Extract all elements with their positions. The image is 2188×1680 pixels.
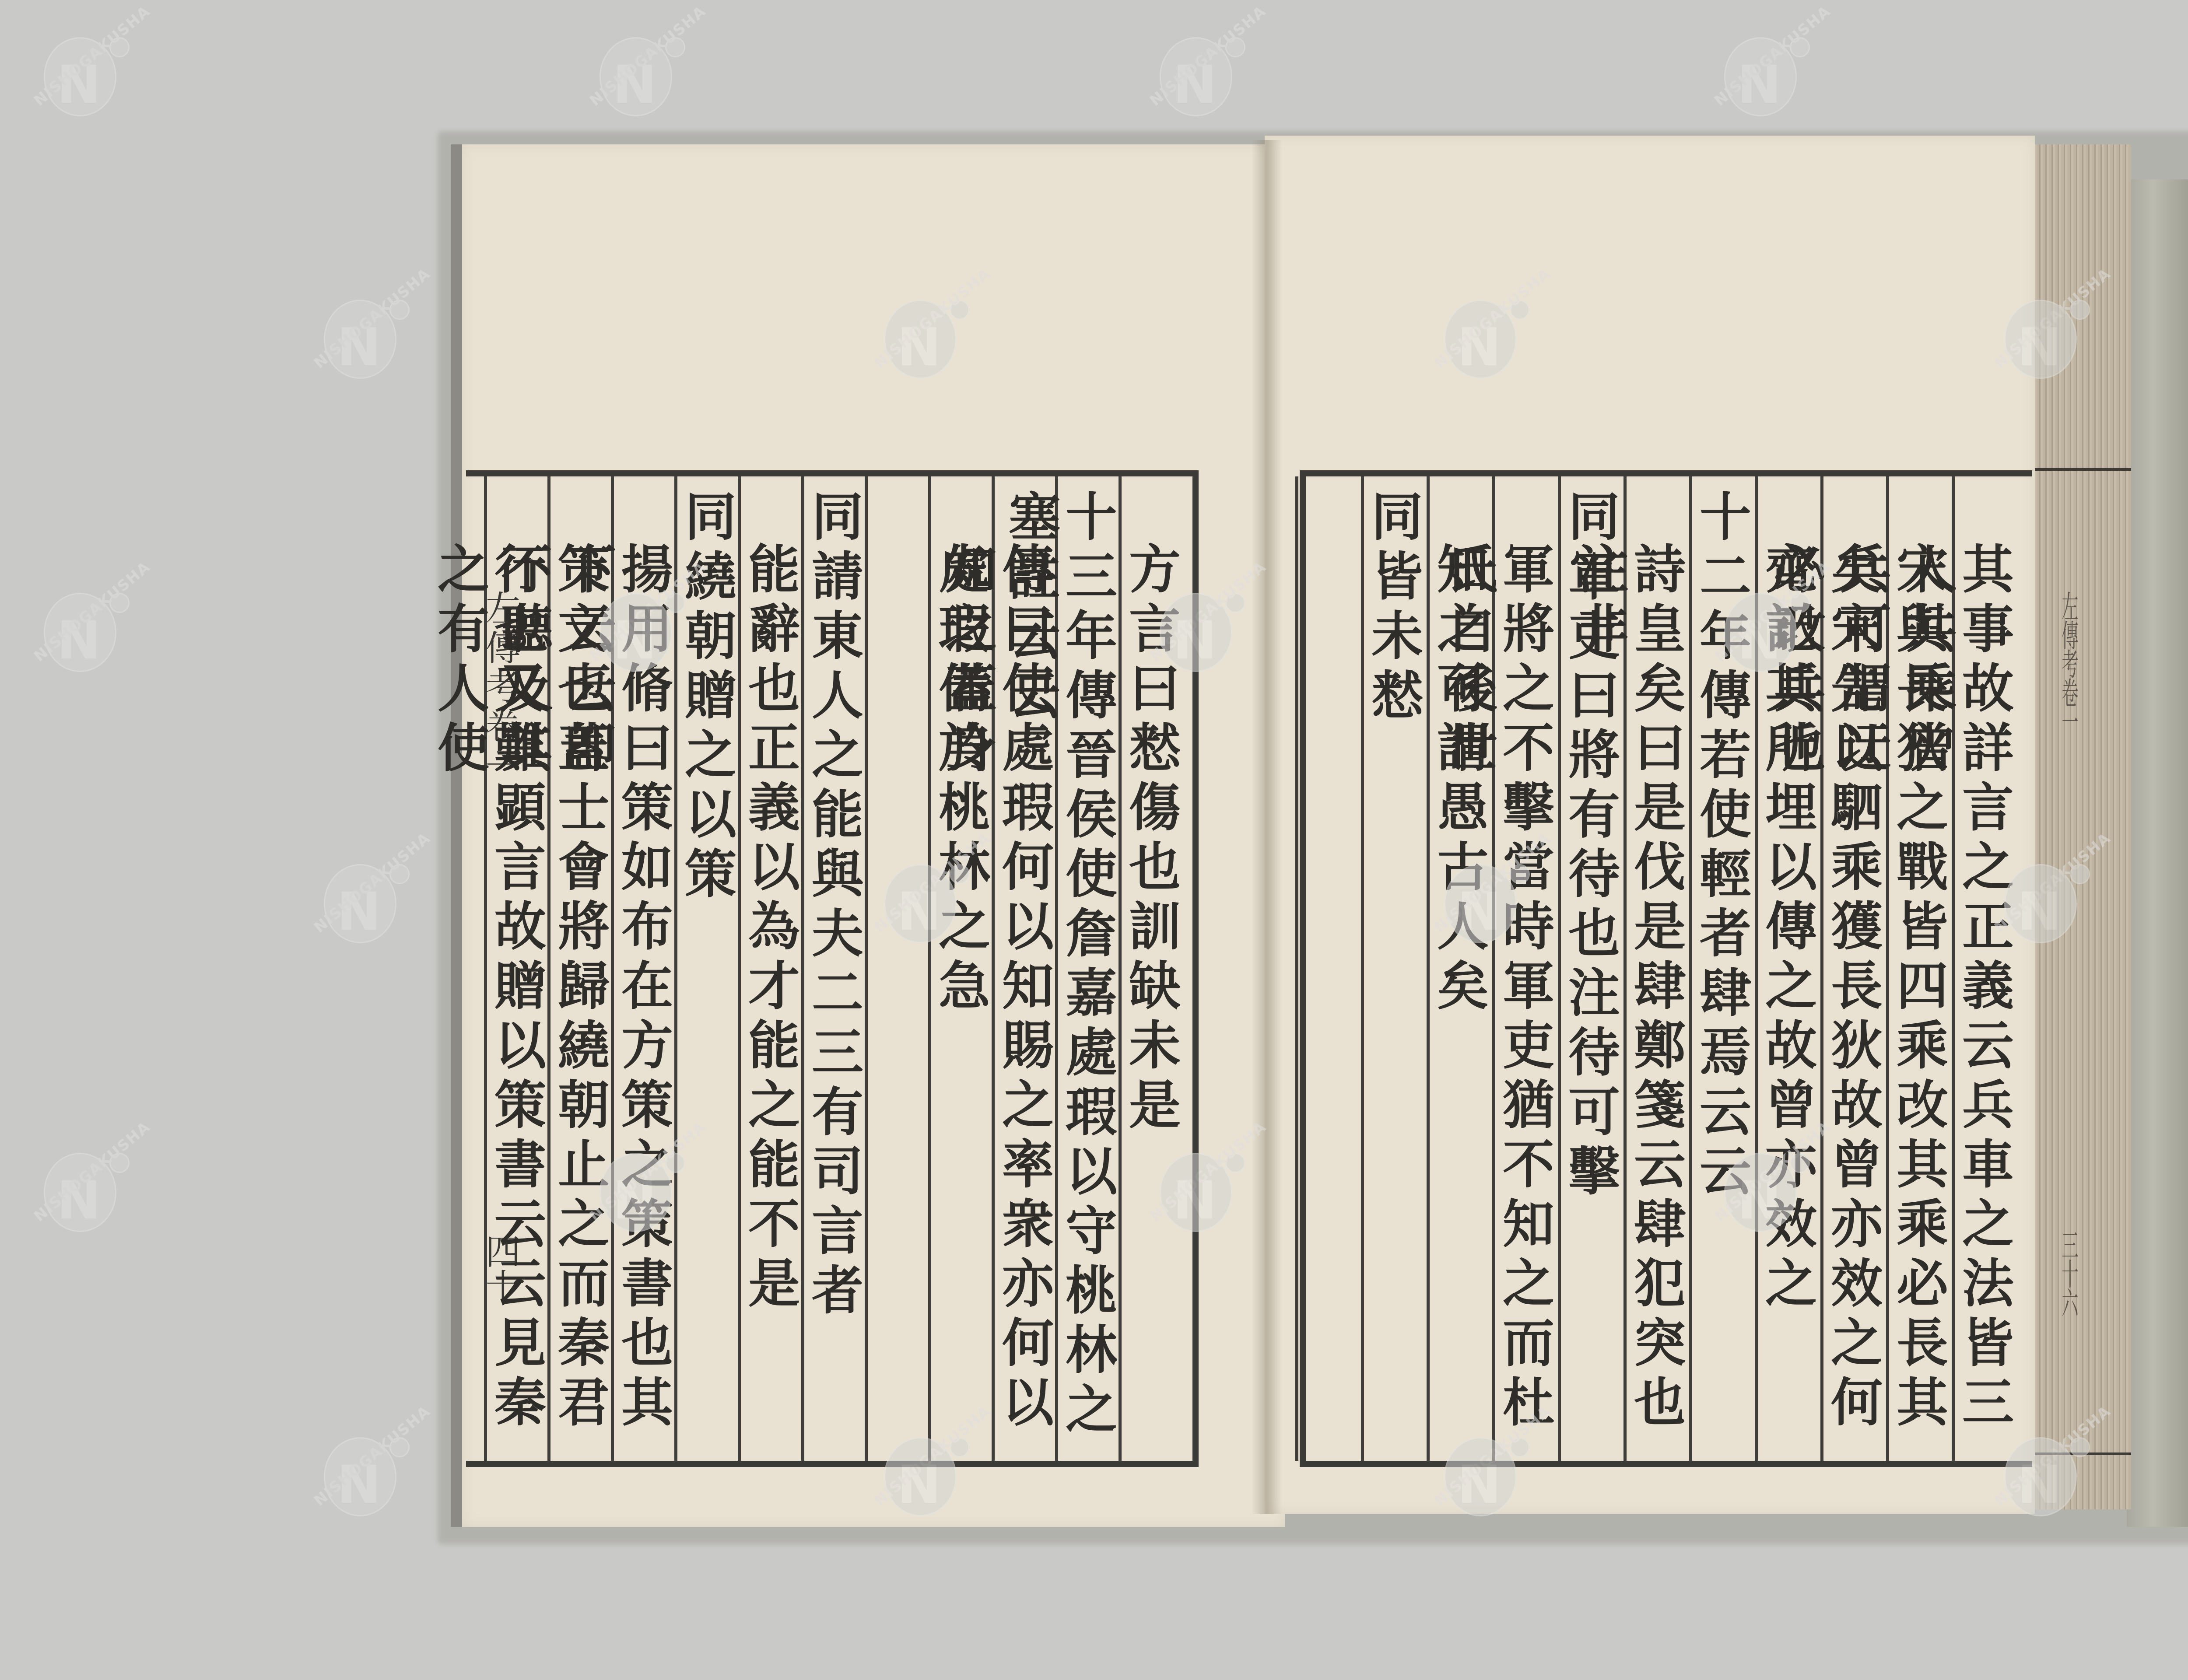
watermark-logo-icon: NNISHOGAKUSHA — [26, 569, 136, 678]
text-column: 軍將之不擊當時軍吏猶不知之而杜氏自後世 — [1496, 542, 1553, 1461]
watermark-logo-icon: NNISHOGAKUSHA — [1427, 1413, 1536, 1522]
watermark-logo-icon: NNISHOGAKUSHA — [306, 840, 416, 949]
watermark-logo-icon: NNISHOGAKUSHA — [1987, 840, 2096, 949]
watermark-logo-icon: NNISHOGAKUSHA — [1987, 1413, 2096, 1522]
stack-bleed-title: 左傳考卷一 — [2057, 591, 2081, 735]
watermark-logo-icon: NNISHOGAKUSHA — [26, 1129, 136, 1238]
watermark-logo-icon: NNISHOGAKUSHA — [582, 1129, 691, 1238]
text-column: 揚用脩曰策如布在方策之策書也其下云云卽 — [614, 542, 671, 1461]
left-text-frame: 左傳考卷一 四十 方言曰慭傷也訓缺未是十三年傳晉侯使詹嘉處瑕以守桃林之塞註云云傳… — [466, 470, 1199, 1467]
watermark-logo-icon: NNISHOGAKUSHA — [26, 13, 136, 122]
watermark-logo-icon: NNISHOGAKUSHA — [1142, 13, 1252, 122]
stack-ruling-top — [2030, 468, 2131, 471]
watermark-logo-icon: NNISHOGAKUSHA — [582, 13, 691, 122]
watermark-logo-icon: NNISHOGAKUSHA — [306, 1413, 416, 1522]
watermark-logo-icon: NNISHOGAKUSHA — [866, 276, 976, 385]
watermark-logo-icon: NNISHOGAKUSHA — [1707, 1129, 1816, 1238]
text-column: 同軍吏曰將有待也注待可擊 — [1561, 490, 1618, 1204]
watermark-logo-icon: NNISHOGAKUSHA — [866, 1413, 976, 1522]
watermark-logo-icon: NNISHOGAKUSHA — [1987, 276, 2096, 385]
watermark-logo-icon: NNISHOGAKUSHA — [866, 840, 976, 949]
text-column: 傳曰使處瑕何以知賜之率衆亦何以知之蓋身 — [995, 542, 1052, 1461]
text-column: 宋與長狄之戰皆四乘改其乘必長其兵可謂迂 — [1890, 542, 1946, 1461]
watermark-logo-icon: NNISHOGAKUSHA — [1707, 13, 1816, 122]
text-column: 同皆未慭 — [1364, 490, 1421, 728]
text-column: 詩皇矣曰是伐是肆鄭箋云肆犯突也注非 — [1627, 542, 1684, 1461]
column-rule — [865, 476, 868, 1461]
text-column: 能辭也正義以為才能之能不是 — [741, 542, 798, 1316]
column-rule — [1295, 476, 1298, 1461]
text-column: 行也又難顕言故贈以策書云云見秦之有人使 — [487, 542, 544, 1461]
watermark-logo-icon: NNISHOGAKUSHA — [306, 276, 416, 385]
watermark-logo-icon: NNISHOGAKUSHA — [1427, 840, 1536, 949]
back-cover — [2127, 179, 2188, 1527]
text-column: 其事故詳言之正義云兵車之法皆三人共乘曾 — [1955, 542, 2012, 1461]
stack-bleed-number: 三十六 — [2057, 1229, 2081, 1316]
text-column: 策文也蓋士會將歸繞朝止之而秦君不聽及其 — [551, 542, 608, 1461]
text-column: 同請東人之能與夫二三有司言者 — [805, 490, 862, 1323]
watermark-logo-icon: NNISHOGAKUSHA — [1427, 276, 1536, 385]
right-text-frame: 其事故詳言之正義云兵車之法皆三人共乘曾宋與長狄之戰皆四乘改其乘必長其兵可謂迂矣宋… — [1300, 470, 2032, 1467]
text-column: 十三年傳晉侯使詹嘉處瑕以守桃林之塞註云云 — [1059, 490, 1115, 1461]
watermark-logo-icon: NNISHOGAKUSHA — [1142, 569, 1252, 678]
text-column: 同繞朝贈之以策 — [678, 490, 735, 906]
watermark-logo-icon: NNISHOGAKUSHA — [582, 569, 691, 678]
text-column: 矣宋先以駟乘獲長狄故曾亦效之何必改兵也 — [1824, 542, 1881, 1461]
gutter-fold — [1252, 140, 1282, 1514]
watermark-logo-icon: NNISHOGAKUSHA — [1707, 569, 1816, 678]
watermark-logo-icon: NNISHOGAKUSHA — [1142, 1129, 1252, 1238]
